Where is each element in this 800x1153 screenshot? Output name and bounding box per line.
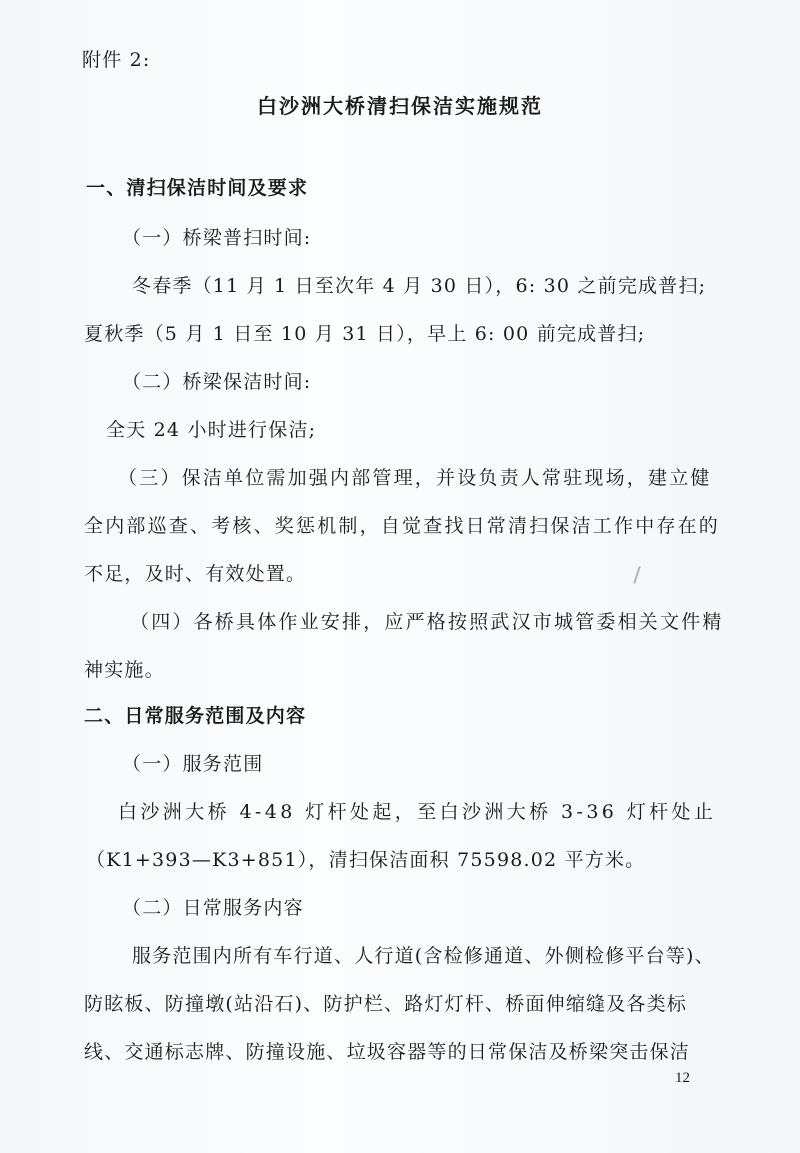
- section-heading-1: 一、清扫保洁时间及要求: [86, 176, 308, 200]
- paragraph-line: 线、交通标志牌、防撞设施、垃圾容器等的日常保洁及桥梁突击保洁: [84, 1040, 690, 1064]
- document-page: 附件 2: 白沙洲大桥清扫保洁实施规范 一、清扫保洁时间及要求 （一）桥梁普扫时…: [0, 0, 800, 1153]
- paragraph-line: 夏秋季（5 月 1 日至 10 月 31 日），早上 6: 00 前完成普扫;: [84, 322, 645, 346]
- subheading-sweep-time: （一）桥梁普扫时间:: [122, 226, 311, 250]
- paragraph-line: 神实施。: [84, 658, 165, 682]
- subheading-cleaning-time: （二）桥梁保洁时间:: [122, 370, 311, 394]
- paragraph-line: （三）保洁单位需加强内部管理，并设负责人常驻现场，建立健: [118, 466, 712, 490]
- subheading-service-content: （二）日常服务内容: [122, 896, 304, 920]
- pen-mark: [633, 566, 640, 584]
- paragraph-line: 防眩板、防撞墩(站沿石)、防护栏、路灯灯杆、桥面伸缩缝及各类标: [84, 992, 687, 1016]
- page-number: 12: [675, 1070, 690, 1087]
- paragraph-line: （四）各桥具体作业安排，应严格按照武汉市城管委相关文件精: [130, 610, 724, 634]
- paragraph-line: 服务范围内所有车行道、人行道(含检修通道、外侧检修平台等)、: [132, 944, 715, 968]
- paragraph-line: 全天 24 小时进行保洁;: [106, 418, 316, 442]
- document-title: 白沙洲大桥清扫保洁实施规范: [0, 94, 800, 118]
- subheading-service-scope: （一）服务范围: [122, 752, 263, 776]
- paragraph-line: （K1+393—K3+851），清扫保洁面积 75598.02 平方米。: [86, 848, 645, 872]
- section-heading-2: 二、日常服务范围及内容: [84, 704, 306, 728]
- paragraph-line: 冬春季（11 月 1 日至次年 4 月 30 日），6: 30 之前完成普扫;: [132, 274, 706, 298]
- paragraph-line: 不足，及时、有效处置。: [84, 562, 306, 586]
- paragraph-line: 全内部巡查、考核、奖惩机制，自觉查找日常清扫保洁工作中存在的: [84, 514, 720, 538]
- paragraph-line: 白沙洲大桥 4-48 灯杆处起，至白沙洲大桥 3-36 灯杆处止: [118, 800, 716, 824]
- attachment-label: 附件 2:: [82, 48, 151, 72]
